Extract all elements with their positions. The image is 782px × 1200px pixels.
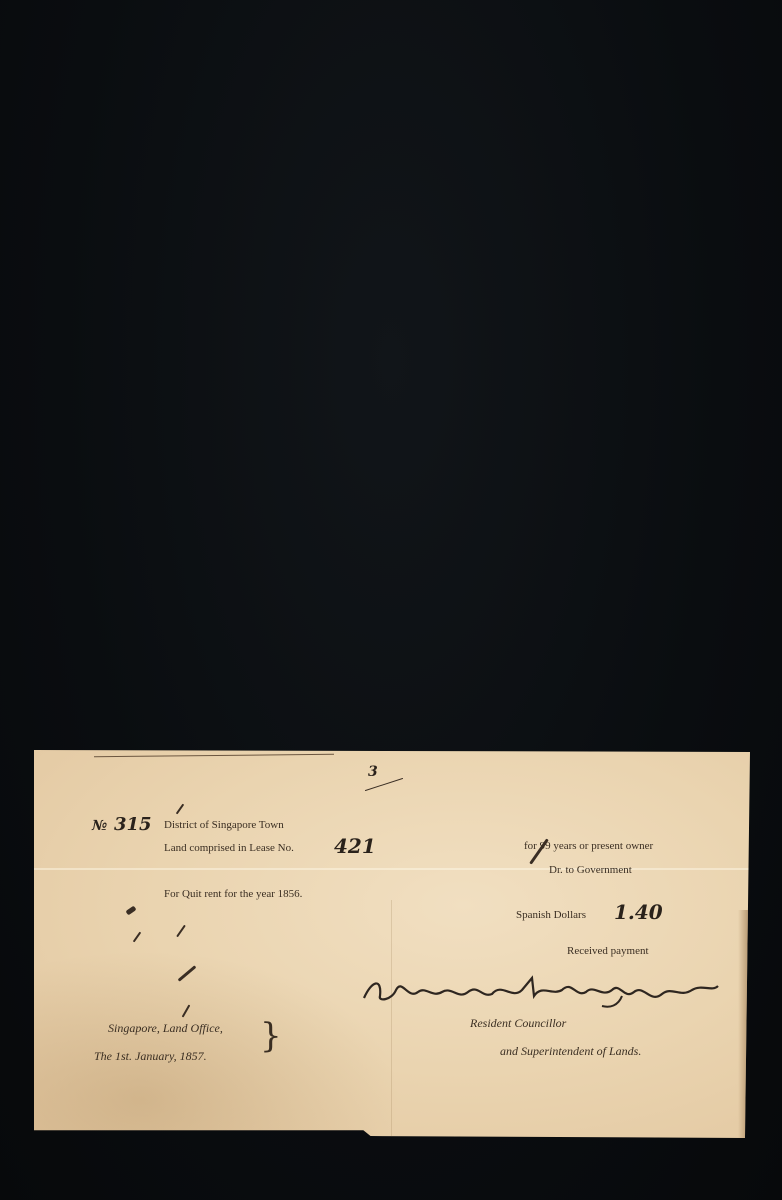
pencil-line — [94, 754, 334, 758]
margin-ink-mark — [176, 804, 185, 815]
margin-ink-mark — [125, 906, 136, 916]
receipt-number: 315 — [114, 814, 152, 835]
amount: 1.40 — [614, 900, 663, 924]
quit-rent-line: For Quit rent for the year 1856. — [164, 888, 302, 900]
signature — [362, 970, 722, 1015]
page-mark: 3 — [368, 764, 378, 780]
margin-ink-mark — [178, 965, 197, 981]
receipt-document: 3 № 315 District of Singapore Town Land … — [34, 750, 750, 1138]
number-label: № — [92, 818, 107, 834]
margin-ink-mark — [182, 1004, 191, 1017]
currency-label: Spanish Dollars — [516, 909, 586, 921]
margin-ink-mark — [133, 932, 142, 943]
margin-ink-mark — [176, 925, 186, 938]
debtor-line: Dr. to Government — [549, 864, 632, 876]
office-line: Singapore, Land Office, — [108, 1021, 223, 1036]
brace: } — [260, 1016, 282, 1056]
date-line: The 1st. January, 1857. — [94, 1049, 207, 1064]
received-line: Received payment — [567, 945, 649, 957]
title-line-2: and Superintendent of Lands. — [500, 1044, 641, 1059]
paper-fold — [34, 868, 750, 870]
district-line: District of Singapore Town — [164, 819, 284, 831]
lease-number: 421 — [334, 834, 376, 858]
title-line-1: Resident Councillor — [470, 1016, 566, 1031]
lease-line: Land comprised in Lease No. — [164, 842, 294, 854]
paper-fold-vertical — [391, 900, 392, 1140]
